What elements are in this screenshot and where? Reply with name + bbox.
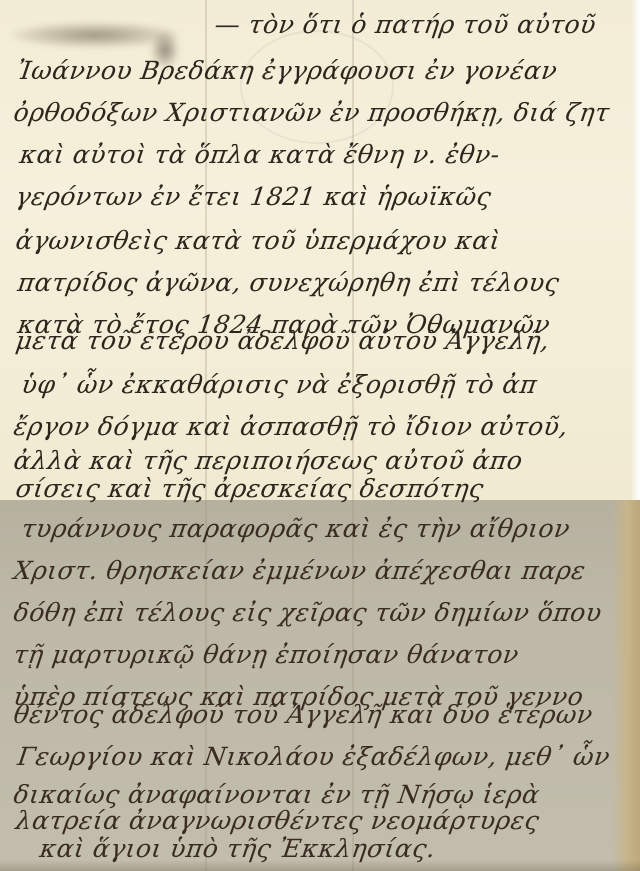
handwritten-line: λατρεία ἀναγνωρισθέντες νεομάρτυρες xyxy=(14,806,541,835)
handwritten-line: τυράννους παραφορᾶς καὶ ἐς τὴν αἴθριον xyxy=(20,514,572,543)
handwritten-line: τῇ μαρτυρικῷ θάνῃ ἐποίησαν θάνατον xyxy=(12,640,521,669)
letter-page: — τὸν ὅτι ὁ πατήρ τοῦ αὐτοῦ Ἰωάννου Βρεδ… xyxy=(0,0,640,871)
handwritten-line: δόθη ἐπὶ τέλους εἰς χεῖρας τῶν δημίων ὅπ… xyxy=(12,598,604,627)
bottom-edge-shadow xyxy=(0,860,640,871)
bottom-sheet-text: τυράννους παραφορᾶς καὶ ἐς τὴν αἴθριον Χ… xyxy=(0,0,640,871)
handwritten-line: καὶ ἅγιοι ὑπὸ τῆς Ἐκκλησίας. xyxy=(38,834,438,863)
handwritten-line: Χριστ. θρησκείαν ἐμμένων ἀπέχεσθαι παρε xyxy=(12,556,588,585)
handwritten-line: Γεωργίου καὶ Νικολάου ἐξαδέλφων, μεθ᾽ ὧν xyxy=(16,742,612,771)
handwritten-line: θέντος ἀδελφοῦ τοῦ Ἀγγελῆ καὶ δύο ἑτέρων xyxy=(12,700,595,729)
handwritten-line: δικαίως ἀναφαίνονται ἐν τῇ Νήσῳ ἱερὰ xyxy=(12,780,542,809)
